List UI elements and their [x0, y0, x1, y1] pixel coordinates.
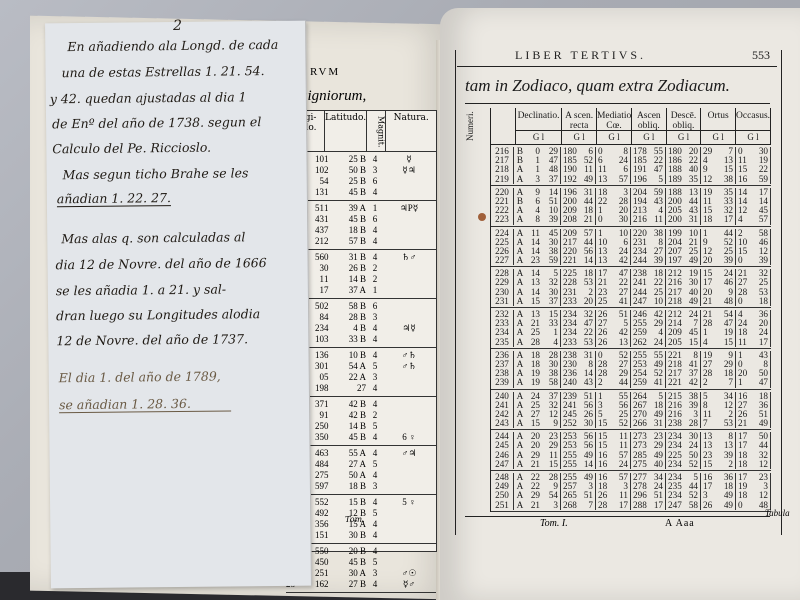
minutes: 12 — [755, 460, 770, 469]
left-footer: Tom. — [345, 515, 365, 524]
minutes: 2 — [580, 288, 595, 297]
table-cell: 25349 — [631, 360, 665, 369]
degrees: 259 — [631, 378, 650, 387]
table-cell: 039 — [736, 256, 770, 265]
minutes: 18 — [720, 482, 735, 491]
footer-catchword: Tabula — [765, 508, 790, 518]
minutes: 50 — [755, 432, 770, 441]
value-col: 534812112753 — [701, 392, 736, 429]
minutes: 39 — [720, 451, 735, 460]
note-line: dia 12 de Novre. del año de 1666 — [55, 255, 266, 272]
degrees: 188 — [666, 165, 685, 174]
table-cell: 54 A — [338, 361, 366, 372]
table-cell: 3 — [324, 448, 338, 459]
table-cell: 2147 — [666, 319, 700, 328]
table-cell: 20421 — [666, 238, 700, 247]
table-cell: 1245 — [736, 206, 770, 215]
table-cell: 17855 — [631, 147, 665, 156]
table-cell: 14 — [540, 188, 558, 197]
table-cell: A — [514, 256, 526, 265]
minutes: 32 — [755, 451, 770, 460]
table-cell: 183 — [596, 188, 630, 197]
minutes: 28 — [615, 197, 630, 206]
number-col: 244245246247 — [491, 432, 514, 469]
declination-cell: A2133 — [514, 319, 560, 328]
table-cell: 2 — [324, 497, 338, 508]
table-cell: 525 — [596, 410, 630, 419]
minutes: 31 — [685, 215, 700, 224]
minutes: 14 — [755, 197, 770, 206]
table-cell: 24710 — [631, 297, 665, 306]
degrees: 234 — [631, 247, 650, 256]
table-cell — [384, 301, 434, 312]
table-cell: 28 — [540, 351, 558, 360]
minutes: 52 — [650, 369, 665, 378]
declination-col: A914B651A410A839 — [514, 188, 561, 225]
star-number: 238 — [491, 369, 513, 378]
table-cell: 21841 — [666, 360, 700, 369]
degrees: 0 — [736, 360, 755, 369]
table-cell: 08 — [596, 147, 630, 156]
value-col: 19910204212072519749 — [666, 229, 701, 266]
minutes: 59 — [755, 175, 770, 184]
minutes: 49 — [685, 297, 700, 306]
minutes: 39 — [650, 256, 665, 265]
table-cell: 20459 — [631, 188, 665, 197]
degrees: 194 — [631, 197, 650, 206]
star-number: 243 — [491, 419, 513, 428]
minutes: 30 — [615, 215, 630, 224]
degrees: 13 — [596, 256, 615, 265]
table-cell: 23614 — [561, 369, 595, 378]
star-number: 231 — [491, 297, 513, 306]
table-cell: 42 B — [338, 399, 366, 410]
degrees: 4 — [736, 310, 755, 319]
degrees: 11 — [596, 165, 615, 174]
minutes: 44 — [755, 441, 770, 450]
footer-volume: Tom. I. — [540, 518, 568, 529]
table-cell: 21744 — [561, 238, 595, 247]
table-cell: 1 — [324, 410, 338, 421]
declination-col: A2023A2029A2911A2115 — [514, 432, 561, 469]
degrees: 180 — [666, 147, 685, 156]
table-cell: 1 — [366, 285, 384, 296]
minutes: 46 — [755, 238, 770, 247]
table-cell: 1657 — [596, 451, 630, 460]
value-col: 23951241562452625230 — [561, 392, 596, 429]
declination-col: A1315A2133A251A284 — [514, 310, 561, 347]
col-ortus: OrtusG l — [701, 108, 736, 144]
minutes: 3 — [685, 410, 700, 419]
table-cell: 30 — [540, 288, 558, 297]
degrees: 267 — [631, 401, 650, 410]
table-cell: 155 — [596, 392, 630, 401]
table-cell: 297 — [701, 147, 735, 156]
minutes: 25 — [685, 247, 700, 256]
table-cell: 19749 — [666, 256, 700, 265]
table-cell: 37 — [540, 392, 558, 401]
minutes: 43 — [755, 351, 770, 360]
minutes: 34 — [650, 473, 665, 482]
table-cell: 2134 — [631, 206, 665, 215]
number-col: 216217218219 — [491, 147, 514, 184]
table-cell: 20957 — [561, 229, 595, 238]
table-cell: 22056 — [561, 247, 595, 256]
minutes: 23 — [650, 432, 665, 441]
table-cell: 356 — [596, 401, 630, 410]
minutes: 36 — [755, 401, 770, 410]
star-number: 218 — [491, 165, 513, 174]
table-cell: A — [514, 410, 526, 419]
minutes: 9 — [720, 351, 735, 360]
degrees: 1 — [701, 229, 720, 238]
minutes: 18 — [650, 269, 665, 278]
degrees: 2 — [596, 378, 615, 387]
col-ascensio-obliqua: Ascen obliq.G l — [632, 108, 667, 144]
number-col: 224225226227 — [491, 229, 514, 266]
table-cell: 1 — [324, 530, 338, 541]
left-table-header: Lógi-tudo. Latitudo. Magnit. Natura. — [286, 111, 436, 152]
table-cell: 915 — [701, 165, 735, 174]
minutes: 44 — [720, 229, 735, 238]
table-cell: 2818 — [701, 369, 735, 378]
table-row: 2843718 B4 — [286, 225, 436, 236]
note-line: Mas alas q. son calculadas al — [61, 229, 245, 246]
table-cell: 26718 — [631, 401, 665, 410]
minutes: 49 — [580, 451, 595, 460]
declination-cell: A145 — [514, 269, 560, 278]
declination-cell: A1438 — [514, 247, 560, 256]
table-cell: 21737 — [666, 369, 700, 378]
table-cell: 2594 — [631, 328, 665, 337]
table-cell: 1532 — [701, 206, 735, 215]
star-number: 216 — [491, 147, 513, 156]
degrees: 21 — [596, 278, 615, 287]
star-number: 244 — [491, 432, 513, 441]
minutes: 24 — [755, 328, 770, 337]
degrees: 207 — [666, 247, 685, 256]
degrees: 196 — [561, 188, 580, 197]
minutes: 18 — [755, 392, 770, 401]
table-cell: 39 A — [338, 203, 366, 214]
col-number-spacer — [491, 108, 516, 144]
star-number: 239 — [491, 378, 513, 387]
minutes: 30 — [685, 278, 700, 287]
degrees: 8 — [701, 401, 720, 410]
table-cell: 20044 — [561, 197, 595, 206]
minutes: 10 — [685, 229, 700, 238]
table-cell: 4 B — [338, 323, 366, 334]
minutes: 26 — [580, 410, 595, 419]
declination-cell: A410 — [514, 206, 560, 215]
degrees: 216 — [666, 410, 685, 419]
table-cell: 29 — [540, 147, 558, 156]
col-ascensio-recta: A scen. rectaG l — [562, 108, 597, 144]
minutes: 20 — [615, 206, 630, 215]
degrees: 190 — [561, 165, 580, 174]
table-cell: 4 — [366, 350, 384, 361]
table-cell: 199 — [701, 351, 735, 360]
value-col: 255492573265512687 — [561, 473, 596, 510]
table-cell: 23818 — [631, 269, 665, 278]
table-cell: 4 — [366, 530, 384, 541]
table-cell: 29651 — [631, 491, 665, 500]
degrees: 244 — [631, 288, 650, 297]
degrees: 16 — [596, 451, 615, 460]
value-col: 2383123082361424043 — [561, 351, 596, 388]
minutes: 46 — [720, 278, 735, 287]
degrees: 14 — [736, 188, 755, 197]
table-cell: 26631 — [631, 419, 665, 428]
degrees: 22 — [596, 197, 615, 206]
declination-cell: A1332 — [514, 278, 560, 287]
degrees: 0 — [736, 147, 755, 156]
minutes: 17 — [615, 501, 630, 510]
table-cell: 2736 — [736, 401, 770, 410]
table-cell: 50 A — [338, 470, 366, 481]
table-cell: 349 — [701, 491, 735, 500]
row-group: 224225226227A1145A1430A1438A235920957217… — [491, 227, 771, 268]
table-cell: A — [514, 432, 526, 441]
table-cell: 8 — [526, 215, 540, 224]
degrees: 240 — [561, 378, 580, 387]
minutes: 11 — [615, 491, 630, 500]
degrees: 185 — [561, 156, 580, 165]
minutes: 53 — [755, 288, 770, 297]
degrees: 253 — [561, 432, 580, 441]
col-natura: Natura. — [386, 111, 436, 151]
table-cell: 23452 — [666, 491, 700, 500]
table-cell: 2 — [324, 508, 338, 519]
table-cell: 4 — [366, 546, 384, 557]
degrees: 234 — [666, 473, 685, 482]
table-cell: 436 — [736, 310, 770, 319]
degrees: 28 — [596, 360, 615, 369]
table-cell: 14 — [526, 288, 540, 297]
table-cell: 45 B — [338, 557, 366, 568]
table-cell: 24642 — [631, 310, 665, 319]
degrees: 2 — [701, 378, 720, 387]
table-cell: A — [514, 360, 526, 369]
star-number: 240 — [491, 392, 513, 401]
value-col: 265127526422613 — [596, 310, 631, 347]
table-cell: 624 — [596, 156, 630, 165]
table-cell: 27 — [526, 410, 540, 419]
minutes: 7 — [720, 378, 735, 387]
value-col: 1935113315321817 — [701, 188, 736, 225]
minutes: 12 — [720, 401, 735, 410]
minutes: 47 — [580, 319, 595, 328]
value-col: 23430234242255023452 — [666, 432, 701, 469]
table-cell: 2829 — [596, 369, 630, 378]
minutes: 3 — [755, 482, 770, 491]
minutes: 56 — [580, 441, 595, 450]
minutes: 50 — [685, 451, 700, 460]
degrees: 5 — [596, 410, 615, 419]
degrees: 191 — [631, 165, 650, 174]
minutes: 14 — [580, 460, 595, 469]
table-cell: 39 — [540, 215, 558, 224]
row-group: 240241242243A2437A2532A2712A159239512415… — [491, 390, 771, 431]
table-cell: ♃P☿ — [384, 203, 434, 214]
minutes: 11 — [580, 165, 595, 174]
minutes: 58 — [685, 501, 700, 510]
minutes: 49 — [720, 491, 735, 500]
table-cell: 0 — [324, 557, 338, 568]
degrees: 15 — [596, 432, 615, 441]
value-col: 18020186221884018935 — [666, 147, 701, 184]
minutes: 51 — [650, 491, 665, 500]
table-cell: 50 B — [338, 165, 366, 176]
table-row: 1851139 A1♃P☿ — [286, 203, 436, 214]
degrees: 217 — [666, 369, 685, 378]
degrees: 26 — [701, 501, 720, 510]
value-col: 086241161357 — [596, 147, 631, 184]
minutes: 19 — [755, 156, 770, 165]
table-cell: 2649 — [701, 501, 735, 510]
degrees: 196 — [631, 175, 650, 184]
table-cell: 4 — [366, 252, 384, 263]
table-cell: 1324 — [596, 247, 630, 256]
star-number: 227 — [491, 256, 513, 265]
star-number: 250 — [491, 491, 513, 500]
table-cell: 37 — [540, 175, 558, 184]
degrees: 27 — [701, 360, 720, 369]
value-col: 163617183492649 — [701, 473, 736, 510]
value-col: 2122421472094520515 — [666, 310, 701, 347]
degrees: 17 — [736, 441, 755, 450]
minutes: 53 — [580, 278, 595, 287]
value-col: 2974139151238 — [701, 147, 736, 184]
degrees: 11 — [736, 338, 755, 347]
table-cell — [384, 285, 434, 296]
minutes: 27 — [615, 288, 630, 297]
table-cell: 2039 — [701, 256, 735, 265]
table-cell — [384, 225, 434, 236]
minutes: 49 — [650, 360, 665, 369]
col-latitudo: Latitudo. — [325, 111, 368, 151]
table-cell: 28817 — [631, 501, 665, 510]
table-cell: 10 B — [338, 350, 366, 361]
table-cell: 5 ♀ — [384, 497, 434, 508]
table-cell: 1 — [324, 214, 338, 225]
table-cell: B — [514, 147, 526, 156]
star-number: 229 — [491, 278, 513, 287]
minutes: 23 — [755, 473, 770, 482]
table-cell: 6 — [366, 301, 384, 312]
table-cell: A — [514, 460, 526, 469]
table-cell: 1812 — [736, 460, 770, 469]
table-cell: 1618 — [736, 392, 770, 401]
table-cell: 11 — [526, 229, 540, 238]
table-cell: A — [514, 269, 526, 278]
table-cell — [384, 546, 434, 557]
degrees: 253 — [631, 360, 650, 369]
table-cell: A — [514, 328, 526, 337]
table-cell: 18840 — [666, 165, 700, 174]
table-cell: 22853 — [561, 278, 595, 287]
minutes: 8 — [755, 360, 770, 369]
minutes: 28 — [685, 419, 700, 428]
table-cell: 24425 — [631, 288, 665, 297]
table-cell — [384, 187, 434, 198]
table-cell: 20918 — [561, 206, 595, 215]
table-cell: 1 — [324, 399, 338, 410]
degrees: 209 — [561, 206, 580, 215]
minutes: 45 — [755, 206, 770, 215]
table-cell: 19011 — [561, 165, 595, 174]
degrees: 13 — [596, 175, 615, 184]
note-line: una de estas Estrellas 1. 21. 54. — [61, 63, 264, 80]
table-cell: ♂♃ — [384, 448, 434, 459]
table-cell: 21740 — [666, 288, 700, 297]
degrees: 26 — [596, 310, 615, 319]
table-cell: 8 — [324, 383, 338, 394]
degrees: 4 — [701, 156, 720, 165]
minutes: 55 — [615, 392, 630, 401]
table-cell: 24758 — [666, 501, 700, 510]
table-cell: 58 — [540, 378, 558, 387]
ink-stain — [478, 213, 486, 221]
degrees: 0 — [736, 297, 755, 306]
minutes: 9 — [720, 288, 735, 297]
minutes: 24 — [650, 338, 665, 347]
declination-col: A2228A229A2954A213 — [514, 473, 561, 510]
table-cell: 23447 — [561, 319, 595, 328]
degrees: 208 — [561, 215, 580, 224]
table-cell: 2318 — [631, 238, 665, 247]
value-col: 2153821639216323828 — [666, 392, 701, 429]
table-cell: 6 — [366, 214, 384, 225]
degrees: 216 — [631, 215, 650, 224]
degrees: 1 — [596, 206, 615, 215]
minutes: 49 — [650, 451, 665, 460]
table-cell: 1 — [526, 156, 540, 165]
table-cell: A — [514, 188, 526, 197]
table-cell: 2132 — [736, 269, 770, 278]
value-col: 1618273626512149 — [736, 392, 771, 429]
table-cell: 413 — [701, 156, 735, 165]
table-cell: 9 — [540, 482, 558, 491]
minutes: 57 — [755, 215, 770, 224]
minutes: 3 — [615, 482, 630, 491]
value-col: 1750174418321812 — [736, 432, 771, 469]
degrees: 255 — [561, 451, 580, 460]
minutes: 47 — [650, 165, 665, 174]
minutes: 56 — [580, 247, 595, 256]
minutes: 25 — [755, 278, 770, 287]
degrees: 257 — [561, 482, 580, 491]
declination-cell: A1430 — [514, 238, 560, 247]
degrees: 12 — [736, 206, 755, 215]
minutes: 36 — [755, 310, 770, 319]
value-col: 25810461512039 — [736, 229, 771, 266]
minutes: 52 — [615, 419, 630, 428]
minutes: 13 — [720, 156, 735, 165]
table-cell: 2 — [366, 274, 384, 285]
degrees: 26 — [736, 410, 755, 419]
value-col: 23432234472342223353 — [561, 310, 596, 347]
value-col: 2345235442345224758 — [666, 473, 701, 510]
table-cell: 5 — [366, 361, 384, 372]
degrees: 1 — [736, 351, 755, 360]
table-cell: 27 A — [338, 459, 366, 470]
degrees: 15 — [701, 206, 720, 215]
degrees: 16 — [596, 460, 615, 469]
table-cell: 18 B — [338, 481, 366, 492]
table-cell: 54 — [540, 491, 558, 500]
degrees: 209 — [666, 328, 685, 337]
